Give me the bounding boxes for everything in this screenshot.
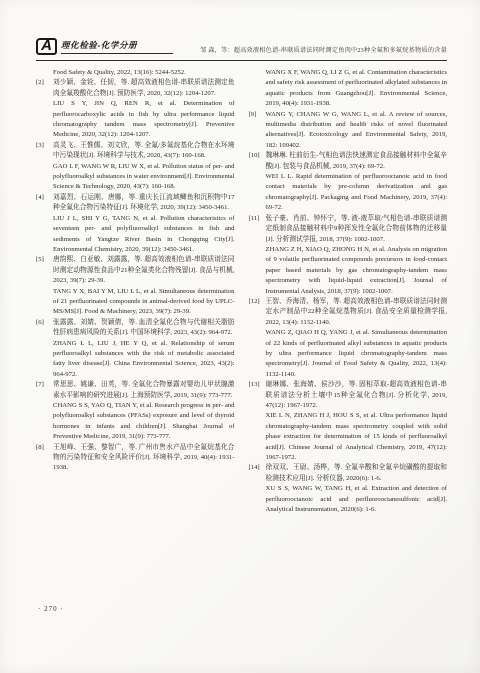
reference-number: [5]	[36, 255, 53, 317]
journal-brand-text: 理化检验-化学分册	[61, 39, 173, 54]
journal-logo-letter: A	[41, 38, 52, 53]
reference-text: GAO L F, WANG W R, LIU W X, et al. Pollu…	[53, 162, 235, 193]
reference-text: LIU S Y, JIN Q, REN R, et al. Determinat…	[53, 99, 235, 141]
reference-text: WANG X F, WANG Q, LI Z G, et al. Contami…	[266, 68, 448, 110]
reference-number	[36, 68, 53, 78]
reference-item: [12] 王智、乔海清、杨军，等. 超高效液相色谱-串联质谱法同时测定水产制品中…	[249, 297, 448, 380]
reference-text: 刘嘉烈、石运刚、唐娜，等. 重庆长江流域鲫鱼和沉积物中17种全氟化合物污染特征[…	[53, 193, 235, 214]
references-column-right: WANG X F, WANG Q, LI Z G, et al. Contami…	[249, 68, 448, 515]
reference-text: ZHANG L L, LIU J, HE Y Q, et al. Relatio…	[53, 339, 235, 381]
reference-item: [2] 刘少颖、金铨、任韧，等. 超高效液相色谱-串联质谱法测定鱼肉全氟羧酸化合…	[36, 78, 235, 140]
running-title: 邹 森，等：超高效液相色谱-串联质谱法同时测定鱼肉中23种全氟和多氟烷基物质的含…	[200, 45, 447, 55]
reference-text: 魏琳琳. 柱前衍生-气相色谱法快速测定食品接触材料中全氟辛酸[J]. 包装与食品…	[266, 151, 448, 172]
reference-text: 高灵飞、王惟儒、刘文欣，等. 全氟/多氟烷基化合物在水环境中污染现状[J]. 环…	[53, 141, 235, 162]
reference-number: [12]	[249, 297, 266, 380]
journal-page: A 理化检验-化学分册 邹 森，等：超高效液相色谱-串联质谱法同时测定鱼肉中23…	[0, 0, 480, 673]
journal-brand: A 理化检验-化学分册	[36, 38, 173, 55]
reference-number: [11]	[249, 214, 266, 297]
reference-text: 唐韵熙、白亚敏、刘露露，等. 超高效液相色谱-串联质谱法同时测定动物源性食品中2…	[53, 255, 235, 286]
reference-item: Food Safety & Quality, 2022, 13(16): 524…	[36, 68, 235, 78]
journal-logo-icon: A	[36, 38, 57, 55]
reference-number	[249, 68, 266, 110]
reference-text: 张子豪、肖前、钟怀宁，等. 液-液萃取/气相色谱-串联质谱测定纸制食品接触材料中…	[266, 214, 448, 245]
reference-item: [14] 徐双双、王尉、汤桦，等. 全氟辛酸和全氟辛烷磺酸的提取和检测技术应用[…	[249, 463, 448, 515]
reference-body: 王智、乔海清、杨军，等. 超高效液相色谱-串联质谱法同时测定水产制品中22种全氟…	[266, 297, 448, 380]
page-number: · 270 ·	[38, 605, 64, 613]
reference-number: [13]	[249, 380, 266, 463]
brand-underline	[61, 53, 173, 54]
reference-number: [14]	[249, 463, 266, 515]
reference-item: [6] 张露露、刘婧、贺颖倩，等. 血清全氟化合物与代谢相关脂肪性肝病患病风险的…	[36, 318, 235, 380]
reference-body: 谢琳娜、张海婧、侯沙沙，等. 固相萃取-超高效液相色谱-串联质谱法分析土壤中15…	[266, 380, 448, 463]
reference-text: 徐双双、王尉、汤桦，等. 全氟辛酸和全氟辛烷磺酸的提取和检测技术应用[J]. 分…	[266, 463, 448, 484]
reference-body: 刘嘉烈、石运刚、唐娜，等. 重庆长江流域鲫鱼和沉积物中17种全氟化合物污染特征[…	[53, 193, 235, 255]
reference-number: [2]	[36, 78, 53, 140]
reference-item: WANG X F, WANG Q, LI Z G, et al. Contami…	[249, 68, 448, 110]
reference-body: 唐韵熙、白亚敏、刘露露，等. 超高效液相色谱-串联质谱法同时测定动物源性食品中2…	[53, 255, 235, 317]
reference-body: WANG X F, WANG Q, LI Z G, et al. Contami…	[266, 68, 448, 110]
reference-body: 魏琳琳. 柱前衍生-气相色谱法快速测定食品接触材料中全氟辛酸[J]. 包装与食品…	[266, 151, 448, 213]
reference-item: [11] 张子豪、肖前、钟怀宁，等. 液-液萃取/气相色谱-串联质谱测定纸制食品…	[249, 214, 448, 297]
journal-name: 理化检验-化学分册	[61, 39, 173, 51]
reference-text: 常思思、姚谦、田英，等. 全氟化合物暴露对婴幼儿甲状腺激素水平影响的研究进展[J…	[53, 380, 235, 401]
reference-text: WANG Y, CHANG W G, WANG L, et al. A revi…	[266, 110, 448, 152]
reference-number: [6]	[36, 318, 53, 380]
reference-text: LIU J L, SHI Y G, TANG N, et al. Polluti…	[53, 214, 235, 256]
reference-body: 刘少颖、金铨、任韧，等. 超高效液相色谱-串联质谱法测定鱼肉全氟羧酸化合物[J]…	[53, 78, 235, 140]
reference-body: 张露露、刘婧、贺颖倩，等. 血清全氟化合物与代谢相关脂肪性肝病患病风险的关系[J…	[53, 318, 235, 380]
reference-number: [9]	[249, 110, 266, 152]
reference-number: [4]	[36, 193, 53, 255]
reference-text: XIE L N, ZHANG H J, HOU S S, et al. Ultr…	[266, 411, 448, 463]
reference-text: CHANG S S, YAO Q, TIAN Y, et al. Researc…	[53, 401, 235, 443]
reference-number: [3]	[36, 141, 53, 193]
reference-item: [7] 常思思、姚谦、田英，等. 全氟化合物暴露对婴幼儿甲状腺激素水平影响的研究…	[36, 380, 235, 442]
reference-item: [8] 王旭峰、王强、黎智广，等. 广州市售水产品中全氟烷基化合物的污染特征和安…	[36, 443, 235, 474]
reference-body: 张子豪、肖前、钟怀宁，等. 液-液萃取/气相色谱-串联质谱测定纸制食品接触材料中…	[266, 214, 448, 297]
reference-body: WANG Y, CHANG W G, WANG L, et al. A revi…	[266, 110, 448, 152]
reference-text: 谢琳娜、张海婧、侯沙沙，等. 固相萃取-超高效液相色谱-串联质谱法分析土壤中15…	[266, 380, 448, 411]
page-header: A 理化检验-化学分册 邹 森，等：超高效液相色谱-串联质谱法同时测定鱼肉中23…	[36, 38, 447, 61]
reference-item: [4] 刘嘉烈、石运刚、唐娜，等. 重庆长江流域鲫鱼和沉积物中17种全氟化合物污…	[36, 193, 235, 255]
reference-item: [3] 高灵飞、王惟儒、刘文欣，等. 全氟/多氟烷基化合物在水环境中污染现状[J…	[36, 141, 235, 193]
reference-item: [9] WANG Y, CHANG W G, WANG L, et al. A …	[249, 110, 448, 152]
reference-number: [10]	[249, 151, 266, 213]
reference-body: 常思思、姚谦、田英，等. 全氟化合物暴露对婴幼儿甲状腺激素水平影响的研究进展[J…	[53, 380, 235, 442]
references-column-left: Food Safety & Quality, 2022, 13(16): 524…	[36, 68, 235, 515]
reference-body: 徐双双、王尉、汤桦，等. 全氟辛酸和全氟辛烷磺酸的提取和检测技术应用[J]. 分…	[266, 463, 448, 515]
reference-number: [7]	[36, 380, 53, 442]
reference-item: [13] 谢琳娜、张海婧、侯沙沙，等. 固相萃取-超高效液相色谱-串联质谱法分析…	[249, 380, 448, 463]
reference-text: 张露露、刘婧、贺颖倩，等. 血清全氟化合物与代谢相关脂肪性肝病患病风险的关系[J…	[53, 318, 235, 339]
reference-body: 高灵飞、王惟儒、刘文欣，等. 全氟/多氟烷基化合物在水环境中污染现状[J]. 环…	[53, 141, 235, 193]
reference-item: [5] 唐韵熙、白亚敏、刘露露，等. 超高效液相色谱-串联质谱法同时测定动物源性…	[36, 255, 235, 317]
reference-number: [8]	[36, 443, 53, 474]
reference-body: Food Safety & Quality, 2022, 13(16): 524…	[53, 68, 235, 78]
reference-item: [10] 魏琳琳. 柱前衍生-气相色谱法快速测定食品接触材料中全氟辛酸[J]. …	[249, 151, 448, 213]
references-section: Food Safety & Quality, 2022, 13(16): 524…	[36, 68, 447, 515]
reference-text: 刘少颖、金铨、任韧，等. 超高效液相色谱-串联质谱法测定鱼肉全氟羧酸化合物[J]…	[53, 78, 235, 99]
reference-text: WANG Z, QIAO H Q, YANG J, et al. Simulta…	[266, 328, 448, 380]
reference-text: WEI L L. Rapid determination of perfluor…	[266, 172, 448, 214]
reference-text: XU S S, WANG W, TANG H, et al. Extractio…	[266, 484, 448, 515]
reference-body: 王旭峰、王强、黎智广，等. 广州市售水产品中全氟烷基化合物的污染特征和安全风险评…	[53, 443, 235, 474]
reference-text: Food Safety & Quality, 2022, 13(16): 524…	[53, 68, 235, 78]
reference-text: ZHANG Z H, XIAO Q, ZHONG H N, et al. Ana…	[266, 245, 448, 297]
reference-text: 王智、乔海清、杨军，等. 超高效液相色谱-串联质谱法同时测定水产制品中22种全氟…	[266, 297, 448, 328]
reference-text: TANG Y X, BAI Y M, LIU L L, et al. Simul…	[53, 287, 235, 318]
reference-text: 王旭峰、王强、黎智广，等. 广州市售水产品中全氟烷基化合物的污染特征和安全风险评…	[53, 443, 235, 474]
